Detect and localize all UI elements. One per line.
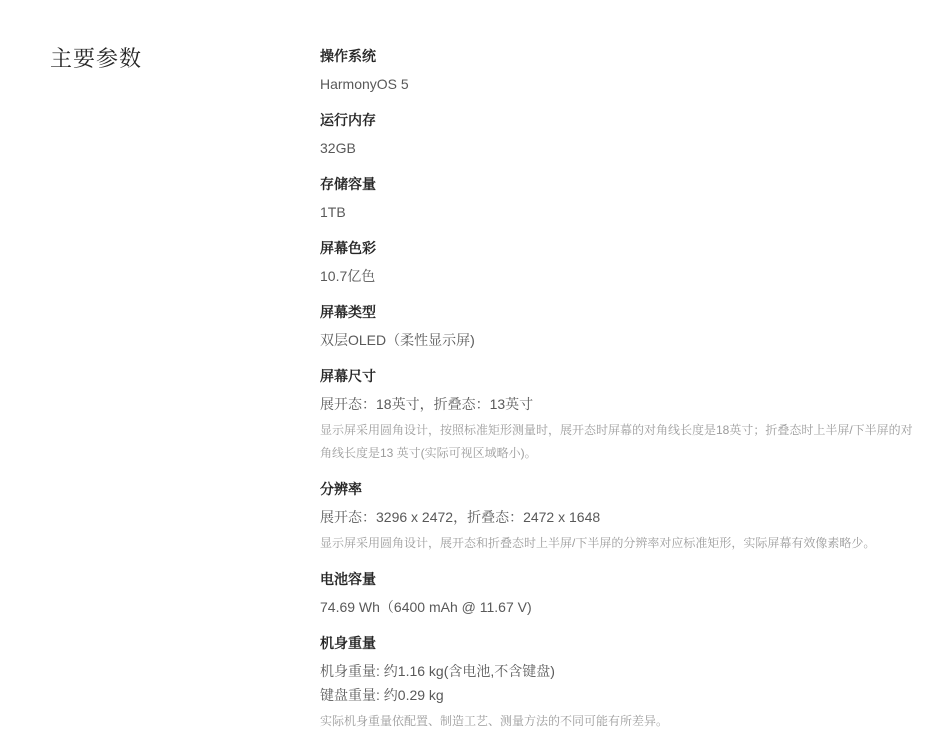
- spec-note: 实际机身重量依配置、制造工艺、测量方法的不同可能有所差异。: [320, 710, 922, 733]
- spec-note: 显示屏采用圆角设计，展开态和折叠态时上半屏/下半屏的分辨率对应标准矩形，实际屏幕…: [320, 532, 922, 555]
- main-parameters-panel: 主要参数 操作系统 HarmonyOS 5 运行内存 32GB 存储容量 1TB…: [0, 0, 936, 739]
- spec-section: 分辨率 展开态：3296 x 2472，折叠态：2472 x 1648 显示屏采…: [320, 479, 922, 555]
- spec-section-title: 运行内存: [320, 110, 922, 130]
- spec-value: 32GB: [320, 136, 922, 160]
- spec-values: 展开态：18英寸，折叠态：13英寸: [320, 392, 922, 416]
- spec-section: 操作系统 HarmonyOS 5: [320, 46, 922, 96]
- spec-section-title: 屏幕色彩: [320, 238, 922, 258]
- section-heading-column: 主要参数: [50, 46, 320, 739]
- spec-section-title: 存储容量: [320, 174, 922, 194]
- spec-section: 屏幕类型 双层OLED（柔性显示屏): [320, 302, 922, 352]
- spec-section: 电池容量 74.69 Wh（6400 mAh @ 11.67 V): [320, 569, 922, 619]
- spec-section: 机身重量 机身重量: 约1.16 kg(含电池,不含键盘)键盘重量: 约0.29…: [320, 633, 922, 733]
- spec-values: 双层OLED（柔性显示屏): [320, 328, 922, 352]
- spec-sections: 操作系统 HarmonyOS 5 运行内存 32GB 存储容量 1TB 屏幕色彩…: [320, 46, 922, 739]
- spec-values: 机身重量: 约1.16 kg(含电池,不含键盘)键盘重量: 约0.29 kg: [320, 659, 922, 707]
- spec-section: 屏幕色彩 10.7亿色: [320, 238, 922, 288]
- spec-value: 74.69 Wh（6400 mAh @ 11.67 V): [320, 595, 922, 619]
- page-title: 主要参数: [50, 46, 320, 72]
- spec-values: 1TB: [320, 200, 922, 224]
- spec-value: HarmonyOS 5: [320, 72, 922, 96]
- spec-value: 机身重量: 约1.16 kg(含电池,不含键盘): [320, 659, 922, 683]
- spec-values: HarmonyOS 5: [320, 72, 922, 96]
- spec-section: 存储容量 1TB: [320, 174, 922, 224]
- spec-value: 双层OLED（柔性显示屏): [320, 328, 922, 352]
- spec-section-title: 机身重量: [320, 633, 922, 653]
- spec-section: 运行内存 32GB: [320, 110, 922, 160]
- spec-note: 显示屏采用圆角设计，按照标准矩形测量时，展开态时屏幕的对角线长度是18英寸；折叠…: [320, 419, 922, 465]
- spec-values: 74.69 Wh（6400 mAh @ 11.67 V): [320, 595, 922, 619]
- spec-value: 键盘重量: 约0.29 kg: [320, 683, 922, 707]
- spec-value: 展开态：3296 x 2472，折叠态：2472 x 1648: [320, 505, 922, 529]
- spec-values: 32GB: [320, 136, 922, 160]
- spec-section-title: 电池容量: [320, 569, 922, 589]
- spec-value: 10.7亿色: [320, 264, 922, 288]
- spec-value: 1TB: [320, 200, 922, 224]
- spec-value: 展开态：18英寸，折叠态：13英寸: [320, 392, 922, 416]
- spec-section-title: 屏幕尺寸: [320, 366, 922, 386]
- spec-section: 屏幕尺寸 展开态：18英寸，折叠态：13英寸 显示屏采用圆角设计，按照标准矩形测…: [320, 366, 922, 465]
- spec-values: 10.7亿色: [320, 264, 922, 288]
- spec-section-title: 屏幕类型: [320, 302, 922, 322]
- spec-section-title: 分辨率: [320, 479, 922, 499]
- spec-values: 展开态：3296 x 2472，折叠态：2472 x 1648: [320, 505, 922, 529]
- spec-section-title: 操作系统: [320, 46, 922, 66]
